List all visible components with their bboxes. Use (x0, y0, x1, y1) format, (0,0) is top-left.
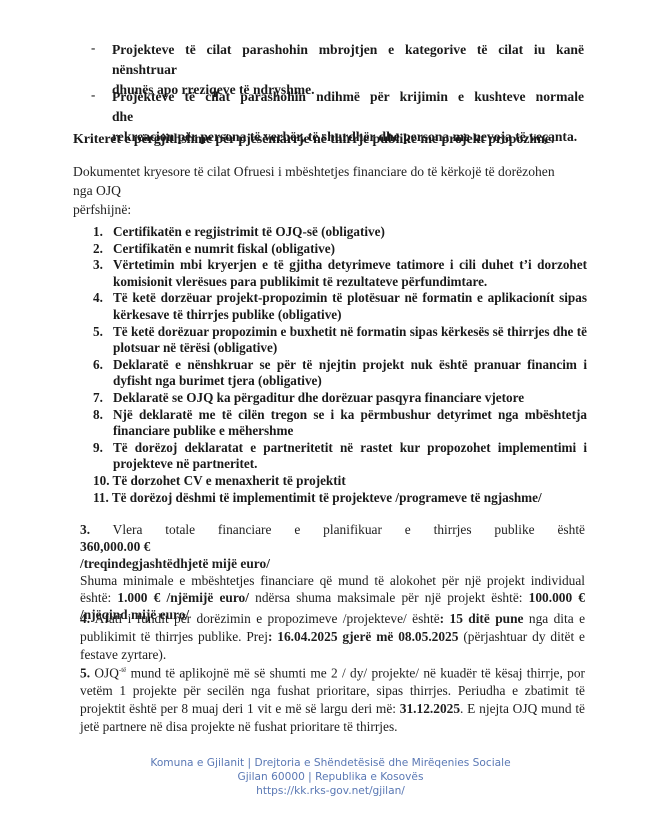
list-item: 10. Të dorzohet CV e menaxherit të proje… (93, 473, 587, 490)
intro-line: Dokumentet kryesore të cilat Ofruesi i m… (73, 162, 573, 200)
list-item: 1.Certifikatën e regjistrimit të OJQ-së … (93, 224, 587, 241)
intro-line: përfshijnë: (73, 200, 573, 219)
footer-organization: Komuna e Gjilanit | Drejtoria e Shëndetë… (0, 756, 661, 770)
list-item: 2.Certifikatën e numrit fiskal (obligati… (93, 241, 587, 258)
list-item: 11. Të dorëzoj dëshmi të implementimit t… (93, 490, 587, 507)
bullet-line: Projekteve të cilat parashohin ndihmë pë… (112, 87, 584, 127)
list-item: 3.Vërtetimin mbi kryerjen e të gjitha de… (93, 257, 587, 290)
section-4-deadline: 4. Afati i fundit për dorëzimin e propoz… (80, 610, 585, 664)
list-item: 9.Të dorëzoj deklaratat e partneritetit … (93, 440, 587, 473)
total-amount: 360,000.00 € (80, 539, 150, 554)
footer-website-link[interactable]: https://kk.rks-gov.net/gjilan/ (0, 784, 661, 798)
section-number: 5. (80, 665, 90, 680)
section-5-applications: 5. OJQ-të mund të aplikojnë më së shumti… (80, 661, 585, 736)
list-item: 6.Deklaratë e nënshkruar se për të njejt… (93, 357, 587, 390)
list-item: 8.Një deklaratë me të cilën tregon se i … (93, 407, 587, 440)
intro-paragraph: Dokumentet kryesore të cilat Ofruesi i m… (73, 162, 573, 219)
list-item: 7.Deklaratë se OJQ ka përgaditur dhe dor… (93, 390, 587, 407)
list-item: 4.Të ketë dorzëuar projekt-propozimin të… (93, 290, 587, 323)
page-footer: Komuna e Gjilanit | Drejtoria e Shëndetë… (0, 756, 661, 798)
dash-marker: - (91, 40, 95, 56)
list-item: 5.Të ketë dorëzuar propozimin e buxhetit… (93, 324, 587, 357)
section-number: 3. (80, 522, 90, 537)
deadline: : 15 ditë pune (440, 611, 524, 626)
required-documents-list: 1.Certifikatën e regjistrimit të OJQ-së … (93, 224, 587, 506)
footer-address: Gjilan 60000 | Republika e Kosovës (0, 770, 661, 784)
criteria-heading: Kriteret e përgjithshme për pjesëmarrje … (73, 132, 613, 148)
end-date: 31.12.2025 (400, 701, 460, 716)
section-3-budget: 3. Vlera totale financiare e planifikuar… (80, 521, 585, 623)
dash-marker: - (91, 87, 95, 103)
document-page: - Projekteve të cilat parashohin mbrojtj… (0, 0, 661, 816)
total-amount-words: /treqindegjashtëdhjetë mijë euro/ (80, 556, 270, 571)
bullet-line: Projekteve të cilat parashohin mbrojtjen… (112, 40, 584, 80)
section-number: 4. (80, 611, 90, 626)
min-amount: 1.000 € /njëmijë euro/ (117, 590, 249, 605)
submission-period: : 16.04.2025 gjerë më 08.05.2025 (268, 629, 459, 644)
